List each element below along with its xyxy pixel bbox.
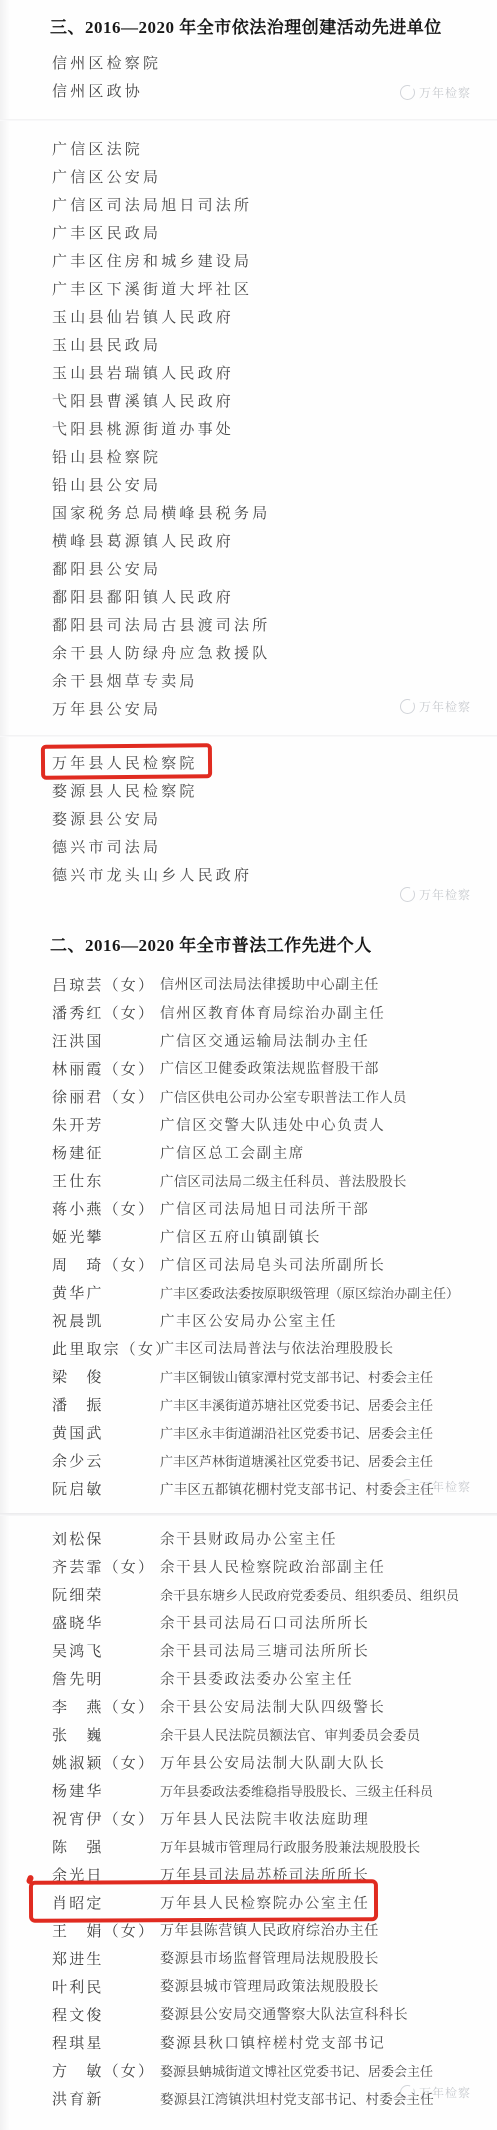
person-row: 祝晨凯 广丰区公安局办公室主任 [52, 1306, 497, 1334]
unit-label: 玉山县仙岩镇人民政府 [52, 306, 234, 327]
person-name: 詹先明 [52, 1668, 160, 1689]
unit-row: 弋阳县桃源街道办事处 [52, 414, 497, 442]
person-row: 盛晓华 余干县司法局石口司法所所长 [52, 1608, 497, 1636]
person-name: 祝宵伊（女） [52, 1808, 160, 1829]
unit-label: 万年县人民检察院 [52, 752, 198, 773]
person-name: 洪育新 [52, 2088, 160, 2109]
person-name: 姚淑颖（女） [52, 1752, 160, 1773]
person-name: 黄国武 [52, 1422, 160, 1443]
person-row: 祝宵伊（女） 万年县人民法院丰收法庭助理 [52, 1804, 497, 1832]
watermark-label: 万年检察 [419, 886, 471, 903]
unit-label: 余干县人防绿舟应急救援队 [52, 642, 270, 663]
person-title: 万年县公安局法制大队副大队长 [160, 1752, 385, 1773]
person-row: 朱开芳 广信区交警大队违处中心负责人 [52, 1110, 497, 1138]
person-name: 杨建征 [52, 1142, 160, 1163]
unit-label: 信州区检察院 [52, 52, 161, 73]
watermark: 万年检察 [400, 886, 471, 903]
person-row: 王仕东 广信区司法局二级主任科员、普法股股长 [52, 1166, 497, 1194]
person-name: 王仕东 [52, 1170, 160, 1191]
unit-row: 德兴市司法局 [52, 832, 497, 860]
people-list-page2: 刘松保 余干县财政局办公室主任 齐芸霏（女） 余干县人民检察院政治部副主任 阮细… [0, 1524, 497, 2112]
person-title: 广信区总工会副主席 [160, 1142, 305, 1163]
person-name: 杨建华 [52, 1780, 160, 1801]
person-name: 齐芸霏（女） [52, 1556, 160, 1577]
person-title: 广丰区五都镇花棚村党支部书记、村委会主任 [160, 1478, 434, 1498]
unit-row: 铅山县检察院 [52, 442, 497, 470]
unit-row: 信州区检察院 [52, 48, 497, 76]
units-section-heading: 三、2016—2020 年全市依法治理创建活动先进单位 [50, 16, 483, 40]
unit-label: 广丰区住房和城乡建设局 [52, 250, 252, 271]
person-title: 婺源县市场监督管理局法规股股长 [160, 1948, 379, 1968]
unit-row: 横峰县葛源镇人民政府 [52, 526, 497, 554]
person-row: 叶利民 婺源县城市管理局政策法规股股长 [52, 1972, 497, 2000]
unit-row: 万年县人民检察院 [52, 748, 497, 776]
unit-row: 玉山县岩瑞镇人民政府 [52, 358, 497, 386]
unit-label: 广信区法院 [52, 138, 143, 159]
person-name: 余光日 [52, 1864, 160, 1885]
person-row: 潘 振 广丰区丰溪街道苏塘社区党委书记、居委会主任 [52, 1390, 497, 1418]
watermark-label: 万年检察 [419, 84, 471, 101]
person-title: 广信区交通运输局法制办主任 [160, 1030, 369, 1051]
watermark-logo-icon [400, 699, 415, 714]
person-name: 徐丽君（女） [52, 1086, 160, 1107]
person-row: 潘秀红（女） 信州区教育体育局综治办副主任 [52, 998, 497, 1026]
unit-row: 鄱阳县公安局 [52, 554, 497, 582]
person-name: 吴鸿飞 [52, 1640, 160, 1661]
person-title: 信州区教育体育局综治办副主任 [160, 1002, 385, 1023]
watermark: 万年检察 [400, 2084, 471, 2101]
person-row: 周 琦（女） 广信区司法局皂头司法所副所长 [52, 1250, 497, 1278]
individuals-section-heading: 二、2016—2020 年全市普法工作先进个人 [50, 934, 483, 958]
watermark: 万年检察 [400, 84, 471, 101]
person-title: 广丰区永丰街道湖沿社区党委书记、居委会主任 [160, 1423, 433, 1442]
person-row: 吕琼芸（女） 信州区司法局法律援助中心副主任 [52, 970, 497, 998]
unit-label: 玉山县岩瑞镇人民政府 [52, 362, 234, 383]
person-name: 刘松保 [52, 1528, 160, 1549]
person-title: 余干县财政局办公室主任 [160, 1528, 337, 1549]
units-list-page3: 万年县人民检察院 婺源县人民检察院 婺源县公安局 德兴市司法局 德兴市龙头山乡人… [0, 748, 497, 888]
unit-label: 弋阳县桃源街道办事处 [52, 418, 234, 439]
unit-label: 玉山县民政局 [52, 334, 161, 355]
unit-row: 婺源县人民检察院 [52, 776, 497, 804]
watermark: 万年检察 [400, 1478, 471, 1495]
watermark-logo-icon [400, 2085, 415, 2100]
person-name: 蒋小燕（女） [52, 1198, 160, 1219]
person-title: 婺源县公安局交通警察大队法宣科科长 [160, 2004, 408, 2024]
unit-row: 玉山县仙岩镇人民政府 [52, 302, 497, 330]
unit-label: 广丰区下溪街道大坪社区 [52, 278, 252, 299]
person-row: 陈 强 万年县城市管理局行政服务股兼法规股股长 [52, 1832, 497, 1860]
unit-label: 德兴市龙头山乡人民政府 [52, 864, 252, 885]
person-title: 广信区交警大队违处中心负责人 [160, 1114, 385, 1135]
person-title: 婺源县城市管理局政策法规股股长 [160, 1976, 379, 1996]
person-title: 余干县东塘乡人民政府党委委员、组织委员、组织员 [160, 1585, 459, 1604]
page-seam [0, 104, 497, 134]
unit-label: 鄱阳县鄱阳镇人民政府 [52, 586, 234, 607]
person-title: 广丰区委政法委按原职级管理（原区综治办副主任） [160, 1283, 459, 1302]
unit-label: 德兴市司法局 [52, 836, 161, 857]
watermark-label: 万年检察 [419, 698, 471, 715]
person-title: 万年县陈营镇人民政府综治办主任 [160, 1920, 379, 1940]
unit-label: 铅山县公安局 [52, 474, 161, 495]
person-row: 姚淑颖（女） 万年县公安局法制大队副大队长 [52, 1748, 497, 1776]
person-name: 陈 强 [52, 1836, 160, 1857]
unit-label: 广丰区民政局 [52, 222, 161, 243]
person-title: 余干县司法局三塘司法所所长 [160, 1640, 369, 1661]
unit-row: 国家税务总局横峰县税务局 [52, 498, 497, 526]
units-list-page2: 广信区法院 广信区公安局 广信区司法局旭日司法所 广丰区民政局 广丰区住房和城乡… [0, 134, 497, 722]
person-title: 广丰区芦林街道塘溪社区党委书记、居委会主任 [160, 1451, 433, 1470]
person-row: 王 娟（女） 万年县陈营镇人民政府综治办主任 [52, 1916, 497, 1944]
person-row: 姬光攀 广信区五府山镇副镇长 [52, 1222, 497, 1250]
person-title: 广信区供电公司办公室专职普法工作人员 [160, 1086, 407, 1106]
person-name: 李 燕（女） [52, 1696, 160, 1717]
person-row: 林丽霞（女） 广信区卫健委政策法规监督股干部 [52, 1054, 497, 1082]
person-title: 余干县人民检察院政治部副主任 [160, 1556, 385, 1577]
person-title: 广丰区司法局普法与依法治理股股长 [160, 1338, 394, 1358]
unit-label: 铅山县检察院 [52, 446, 161, 467]
person-row: 黄华广 广丰区委政法委按原职级管理（原区综治办副主任） [52, 1278, 497, 1306]
person-row: 詹先明 余干县委政法委办公室主任 [52, 1664, 497, 1692]
person-row: 徐丽君（女） 广信区供电公司办公室专职普法工作人员 [52, 1082, 497, 1110]
unit-label: 广信区司法局旭日司法所 [52, 194, 252, 215]
watermark-label: 万年检察 [419, 2084, 471, 2101]
person-title: 广信区司法局皂头司法所副所长 [160, 1254, 385, 1275]
person-name: 王 娟（女） [52, 1920, 160, 1941]
person-name: 余少云 [52, 1450, 160, 1471]
person-title: 万年县城市管理局行政服务股兼法规股股长 [160, 1836, 420, 1856]
person-row: 方 敏（女） 婺源县蚺城街道文博社区党委书记、居委会主任 [52, 2056, 497, 2084]
page-seam [0, 722, 497, 748]
unit-label: 婺源县公安局 [52, 808, 161, 829]
person-row: 阮细荣 余干县东塘乡人民政府党委委员、组织委员、组织员 [52, 1580, 497, 1608]
person-name: 潘秀红（女） [52, 1002, 160, 1023]
person-row: 杨建华 万年县委政法委维稳指导股股长、三级主任科员 [52, 1776, 497, 1804]
person-row: 郑进生 婺源县市场监督管理局法规股股长 [52, 1944, 497, 1972]
person-title: 信州区司法局法律援助中心副主任 [160, 974, 379, 994]
person-row: 杨建征 广信区总工会副主席 [52, 1138, 497, 1166]
person-title: 广信区司法局二级主任科员、普法股股长 [160, 1170, 407, 1190]
person-name: 方 敏（女） [52, 2060, 160, 2081]
unit-label: 信州区政协 [52, 80, 143, 101]
watermark-logo-icon [400, 1479, 415, 1494]
unit-label: 广信区公安局 [52, 166, 161, 187]
person-name: 祝晨凯 [52, 1310, 160, 1331]
person-name: 盛晓华 [52, 1612, 160, 1633]
person-name: 程文俊 [52, 2004, 160, 2025]
person-name: 林丽霞（女） [52, 1058, 160, 1079]
person-name: 黄华广 [52, 1282, 160, 1303]
unit-row: 广丰区住房和城乡建设局 [52, 246, 497, 274]
unit-row: 广信区法院 [52, 134, 497, 162]
person-name: 汪洪国 [52, 1030, 160, 1051]
person-title: 婺源县秋口镇梓槎村党支部书记 [160, 2032, 385, 2053]
person-title: 广信区五府山镇副镇长 [160, 1226, 321, 1247]
unit-row: 婺源县公安局 [52, 804, 497, 832]
person-title: 广信区卫健委政策法规监督股干部 [160, 1058, 379, 1078]
unit-label: 余干县烟草专卖局 [52, 670, 198, 691]
unit-row: 德兴市龙头山乡人民政府 [52, 860, 497, 888]
watermark-label: 万年检察 [419, 1478, 471, 1495]
unit-row: 广丰区民政局 [52, 218, 497, 246]
person-title: 余干县委政法委办公室主任 [160, 1668, 353, 1689]
person-name: 潘 振 [52, 1394, 160, 1415]
person-title: 万年县委政法委维稳指导股股长、三级主任科员 [160, 1781, 433, 1800]
person-row: 齐芸霏（女） 余干县人民检察院政治部副主任 [52, 1552, 497, 1580]
watermark-logo-icon [400, 887, 415, 902]
person-name: 此里取宗（女） [52, 1338, 160, 1359]
person-name: 姬光攀 [52, 1226, 160, 1247]
person-name: 吕琼芸（女） [52, 974, 160, 995]
unit-label: 婺源县人民检察院 [52, 780, 198, 801]
person-row: 余少云 广丰区芦林街道塘溪社区党委书记、居委会主任 [52, 1446, 497, 1474]
person-row: 李 燕（女） 余干县公安局法制大队四级警长 [52, 1692, 497, 1720]
person-name: 肖昭定 [52, 1892, 160, 1913]
unit-row: 余干县人防绿舟应急救援队 [52, 638, 497, 666]
person-row: 张 巍 余干县人民法院员额法官、审判委员会委员 [52, 1720, 497, 1748]
person-title: 婺源县蚺城街道文博社区党委书记、居委会主任 [160, 2061, 433, 2080]
unit-row: 玉山县民政局 [52, 330, 497, 358]
person-row: 蒋小燕（女） 广信区司法局旭日司法所干部 [52, 1194, 497, 1222]
person-title: 万年县人民检察院办公室主任 [160, 1892, 369, 1913]
unit-row: 广信区公安局 [52, 162, 497, 190]
person-title: 广丰区铜钹山镇家潭村党支部书记、村委会主任 [160, 1367, 433, 1386]
person-name: 郑进生 [52, 1948, 160, 1969]
scanned-document-page: 三、2016—2020 年全市依法治理创建活动先进单位 信州区检察院 信州区政协… [0, 0, 497, 2130]
unit-row: 鄱阳县鄱阳镇人民政府 [52, 582, 497, 610]
unit-label: 横峰县葛源镇人民政府 [52, 530, 234, 551]
person-name: 张 巍 [52, 1724, 160, 1745]
person-row: 黄国武 广丰区永丰街道湖沿社区党委书记、居委会主任 [52, 1418, 497, 1446]
unit-label: 鄱阳县司法局古县渡司法所 [52, 614, 270, 635]
unit-row: 余干县烟草专卖局 [52, 666, 497, 694]
person-row: 汪洪国 广信区交通运输局法制办主任 [52, 1026, 497, 1054]
unit-row: 弋阳县曹溪镇人民政府 [52, 386, 497, 414]
person-title: 余干县人民法院员额法官、审判委员会委员 [160, 1724, 420, 1744]
watermark-logo-icon [400, 85, 415, 100]
person-row: 余光日 万年县司法局苏桥司法所所长 [52, 1860, 497, 1888]
person-name: 阮启敏 [52, 1478, 160, 1499]
person-title: 广信区司法局旭日司法所干部 [160, 1198, 369, 1219]
person-row: 肖昭定 万年县人民检察院办公室主任 [52, 1888, 497, 1916]
unit-row: 鄱阳县司法局古县渡司法所 [52, 610, 497, 638]
person-title: 广丰区公安局办公室主任 [160, 1310, 337, 1331]
person-name: 朱开芳 [52, 1114, 160, 1135]
person-title: 广丰区丰溪街道苏塘社区党委书记、居委会主任 [160, 1395, 433, 1414]
person-title: 婺源县江湾镇洪坦村党支部书记、村委会主任 [160, 2088, 434, 2108]
person-title: 余干县司法局石口司法所所长 [160, 1612, 369, 1633]
unit-label: 万年县公安局 [52, 698, 161, 719]
person-name: 叶利民 [52, 1976, 160, 1997]
person-name: 程琪星 [52, 2032, 160, 2053]
person-title: 余干县公安局法制大队四级警长 [160, 1696, 385, 1717]
unit-row: 广丰区下溪街道大坪社区 [52, 274, 497, 302]
person-row: 程文俊 婺源县公安局交通警察大队法宣科科长 [52, 2000, 497, 2028]
person-name: 周 琦（女） [52, 1254, 160, 1275]
person-row: 吴鸿飞 余干县司法局三塘司法所所长 [52, 1636, 497, 1664]
people-list-page1: 吕琼芸（女） 信州区司法局法律援助中心副主任 潘秀红（女） 信州区教育体育局综治… [0, 970, 497, 1502]
person-row: 此里取宗（女） 广丰区司法局普法与依法治理股股长 [52, 1334, 497, 1362]
watermark: 万年检察 [400, 698, 471, 715]
person-title: 万年县司法局苏桥司法所所长 [160, 1864, 369, 1885]
person-name: 梁 俊 [52, 1366, 160, 1387]
person-row: 刘松保 余干县财政局办公室主任 [52, 1524, 497, 1552]
unit-label: 国家税务总局横峰县税务局 [52, 502, 270, 523]
person-row: 梁 俊 广丰区铜钹山镇家潭村党支部书记、村委会主任 [52, 1362, 497, 1390]
page-seam [0, 1502, 497, 1524]
person-title: 万年县人民法院丰收法庭助理 [160, 1808, 369, 1829]
person-name: 阮细荣 [52, 1584, 160, 1605]
unit-row: 广信区司法局旭日司法所 [52, 190, 497, 218]
unit-row: 铅山县公安局 [52, 470, 497, 498]
unit-label: 弋阳县曹溪镇人民政府 [52, 390, 234, 411]
unit-label: 鄱阳县公安局 [52, 558, 161, 579]
person-row: 程琪星 婺源县秋口镇梓槎村党支部书记 [52, 2028, 497, 2056]
